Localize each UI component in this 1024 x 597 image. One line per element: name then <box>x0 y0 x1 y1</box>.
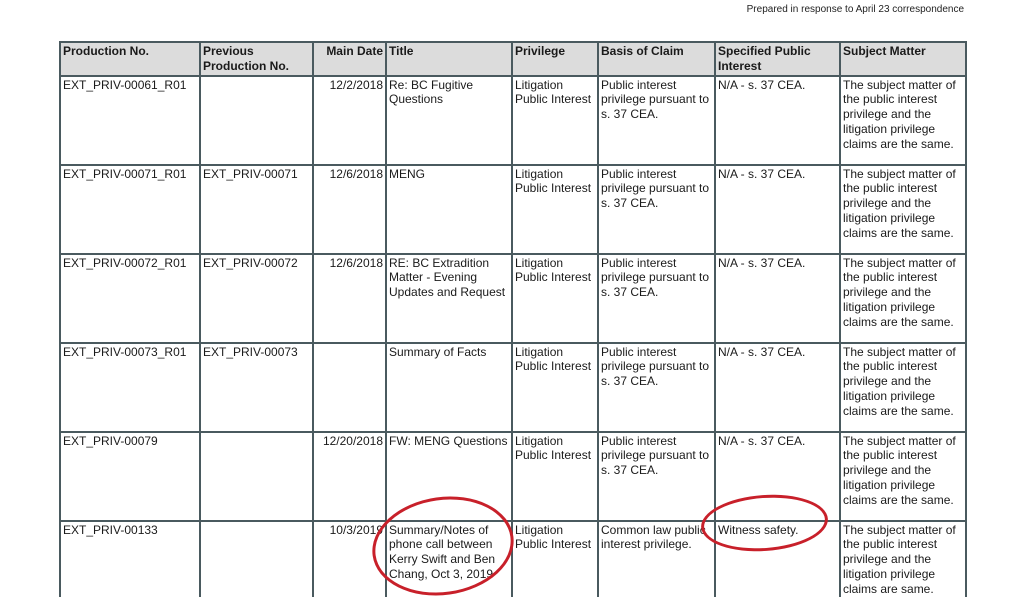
cell-previous-production-no <box>200 521 313 597</box>
cell-previous-production-no <box>200 76 313 165</box>
cell-privilege: Litigation Public Interest <box>512 254 598 343</box>
cell-basis-of-claim: Public interest privilege pursuant to s.… <box>598 165 715 254</box>
cell-main-date <box>313 343 386 432</box>
cell-specified-public-interest: Witness safety. <box>715 521 840 597</box>
cell-title: RE: BC Extradition Matter - Evening Upda… <box>386 254 512 343</box>
cell-production-no: EXT_PRIV-00073_R01 <box>60 343 200 432</box>
cell-privilege: Litigation Public Interest <box>512 343 598 432</box>
cell-main-date: 12/6/2018 <box>313 165 386 254</box>
cell-specified-public-interest: N/A - s. 37 CEA. <box>715 432 840 521</box>
cell-privilege: Litigation Public Interest <box>512 165 598 254</box>
table-row: EXT_PRIV-00073_R01EXT_PRIV-00073Summary … <box>60 343 966 432</box>
prepared-note: Prepared in response to April 23 corresp… <box>747 4 964 15</box>
cell-previous-production-no <box>200 432 313 521</box>
cell-previous-production-no: EXT_PRIV-00073 <box>200 343 313 432</box>
table-header-row: Production No. Previous Production No. M… <box>60 42 966 76</box>
cell-specified-public-interest: N/A - s. 37 CEA. <box>715 165 840 254</box>
cell-main-date: 12/2/2018 <box>313 76 386 165</box>
col-subject-matter: Subject Matter <box>840 42 966 76</box>
privilege-log-table: Production No. Previous Production No. M… <box>59 41 967 597</box>
cell-title: MENG <box>386 165 512 254</box>
cell-basis-of-claim: Public interest privilege pursuant to s.… <box>598 432 715 521</box>
cell-production-no: EXT_PRIV-00079 <box>60 432 200 521</box>
cell-basis-of-claim: Public interest privilege pursuant to s.… <box>598 76 715 165</box>
cell-title: Re: BC Fugitive Questions <box>386 76 512 165</box>
col-main-date: Main Date <box>313 42 386 76</box>
col-production-no: Production No. <box>60 42 200 76</box>
cell-title: Summary of Facts <box>386 343 512 432</box>
cell-subject-matter: The subject matter of the public interes… <box>840 343 966 432</box>
cell-title: Summary/Notes of phone call between Kerr… <box>386 521 512 597</box>
col-basis-of-claim: Basis of Claim <box>598 42 715 76</box>
cell-subject-matter: The subject matter of the public interes… <box>840 254 966 343</box>
table-row: EXT_PRIV-0013310/3/2019Summary/Notes of … <box>60 521 966 597</box>
cell-main-date: 12/20/2018 <box>313 432 386 521</box>
cell-specified-public-interest: N/A - s. 37 CEA. <box>715 254 840 343</box>
cell-privilege: Litigation Public Interest <box>512 76 598 165</box>
cell-subject-matter: The subject matter of the public interes… <box>840 165 966 254</box>
cell-main-date: 10/3/2019 <box>313 521 386 597</box>
cell-production-no: EXT_PRIV-00133 <box>60 521 200 597</box>
cell-title: FW: MENG Questions <box>386 432 512 521</box>
col-title: Title <box>386 42 512 76</box>
cell-specified-public-interest: N/A - s. 37 CEA. <box>715 343 840 432</box>
table-row: EXT_PRIV-0007912/20/2018FW: MENG Questio… <box>60 432 966 521</box>
cell-previous-production-no: EXT_PRIV-00071 <box>200 165 313 254</box>
cell-basis-of-claim: Public interest privilege pursuant to s.… <box>598 343 715 432</box>
cell-basis-of-claim: Public interest privilege pursuant to s.… <box>598 254 715 343</box>
table-row: EXT_PRIV-00061_R0112/2/2018Re: BC Fugiti… <box>60 76 966 165</box>
col-specified-public-interest: Specified Public Interest <box>715 42 840 76</box>
cell-privilege: Litigation Public Interest <box>512 432 598 521</box>
cell-specified-public-interest: N/A - s. 37 CEA. <box>715 76 840 165</box>
cell-privilege: Litigation Public Interest <box>512 521 598 597</box>
cell-main-date: 12/6/2018 <box>313 254 386 343</box>
col-privilege: Privilege <box>512 42 598 76</box>
cell-previous-production-no: EXT_PRIV-00072 <box>200 254 313 343</box>
cell-production-no: EXT_PRIV-00061_R01 <box>60 76 200 165</box>
table-row: EXT_PRIV-00071_R01EXT_PRIV-0007112/6/201… <box>60 165 966 254</box>
cell-subject-matter: The subject matter of the public interes… <box>840 432 966 521</box>
cell-production-no: EXT_PRIV-00071_R01 <box>60 165 200 254</box>
col-previous-production-no: Previous Production No. <box>200 42 313 76</box>
cell-basis-of-claim: Common law public interest privilege. <box>598 521 715 597</box>
cell-production-no: EXT_PRIV-00072_R01 <box>60 254 200 343</box>
table-row: EXT_PRIV-00072_R01EXT_PRIV-0007212/6/201… <box>60 254 966 343</box>
cell-subject-matter: The subject matter of the public interes… <box>840 76 966 165</box>
cell-subject-matter: The subject matter of the public interes… <box>840 521 966 597</box>
